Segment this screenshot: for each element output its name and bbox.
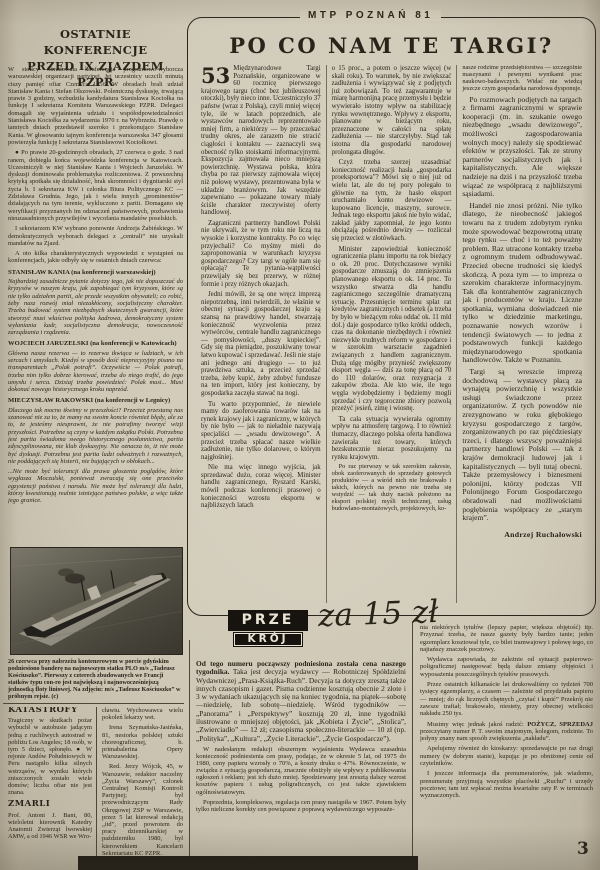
przekroj-logo-line1: PRZE [228,610,308,631]
przekroj-logo-line2: KRÓJ [233,632,303,647]
paragraph: Tragiczny w skutkach pożar wybuchł w aut… [8,717,92,796]
main-article-frame: PO CO NAM TE TARGI? 53Międzynarodowe Tar… [187,17,596,616]
left-article-body: W stolicy obradowała konferencja program… [8,66,183,545]
paragraph: W nadesłanym redakcji obszernym wyjaśnie… [196,746,406,796]
speech-quote: Główna nasza rezerwa — to rezerwa tkwiąc… [8,350,183,394]
ship-photo [10,547,183,655]
speech-quote: Najbardziej zasadnicze pytanie dotyczy t… [8,278,183,336]
przekroj-logo: PRZE KRÓJ [228,610,308,647]
przekroj-notice-right-column: nia niektórych tytułów (lepszy papier, w… [420,624,593,860]
paragraph: Musimy więc jednak jakoś radzić: POŻYCZ,… [420,721,593,743]
divider [3,703,184,704]
przekroj-notice-column: Od tego numeru począwszy podniesiona zos… [196,660,406,862]
paragraph: cławiu. Wychowawca wielu pokoleń lekarzy… [102,707,183,721]
article-column-3: nasze rodzime przedsiębiorstwa — szczegó… [456,65,587,603]
paragraph: Jedni mówili, że są one wręcz imprezą ni… [201,291,321,397]
speech-quote: ...Nie może być tolerancji dla prawa gło… [8,468,183,504]
photo-caption: 26 czerwca przy nabrzeżu kontenerowym w … [8,658,183,702]
speaker-name: WOJCIECH JARUZELSKI (na konferencji w Ka… [8,340,183,347]
main-article-title: PO CO NAM TE TARGI? [188,33,595,58]
main-article-columns: 53Międzynarodowe Targi Poznańskie, organ… [188,58,595,603]
paragraph: Poprzednia, kompleksowa, regulacja cen p… [196,799,406,813]
paragraph: Zagraniczni partnerzy handlowi Polski ni… [201,220,321,288]
paragraph: Handel nie znosi próżni. Nie tylko dlate… [462,202,582,365]
paragraph: Nie ma więc innego wyjścia, jak sprzedaw… [201,464,321,510]
paragraph: Prof. Antoni J. Bant, 80, wieloletni kie… [8,812,92,841]
paragraph: Ta cała sytuacja wywierała ogromny wpływ… [332,416,452,462]
paragraph: Po rozmowach podjętych na targach z firm… [462,96,582,199]
paragraph: I jeszcze informacja dla prenumeratorów,… [420,770,593,799]
paragraph: 53Międzynarodowe Targi Poznańskie, organ… [201,65,321,217]
paragraph: Targi są wreszcie imprezą dochodową — wy… [462,368,582,523]
paragraph: Przez ostatnich kilkanaście lat drukowal… [420,681,593,717]
speaker-name: STANISŁAW KANIA (na konferencji warszaws… [8,269,183,276]
katastrofy-zmarli-column: KATASTROFY Tragiczny w skutkach pożar wy… [8,707,92,860]
bottom-photo-strip [78,856,418,870]
paragraph: Czyż trzeba szerzej uzasadniać konieczno… [332,159,452,243]
paragraph: Po raz pierwszy w tak szerokim zakresie,… [332,464,452,512]
section-title: ZMARLI [8,801,92,808]
paragraph: Apelujemy również do kioskarzy: sprzedaw… [420,745,593,767]
zmarli-continued-column: cławiu. Wychowawca wielu pokoleń lekarzy… [102,707,183,860]
smoke [58,568,74,576]
article-column-2: o 15 proc., a potem o jeszcze więcej (w … [326,65,457,603]
paragraph: W stolicy obradowała konferencja program… [8,66,183,146]
section-title: KATASTROFY [8,707,92,714]
paragraph: Wydawca zapowiada, że zależnie od sytuac… [420,656,593,678]
paragraph: Minister zapowiedział konieczność ograni… [332,246,452,413]
drop-cap: 53 [201,66,230,85]
paragraph: nia niektórych tytułów (lepszy papier, w… [420,624,593,653]
emphasis-text: POŻYCZ, SPRZEDAJ [527,721,593,728]
column-rule [96,707,97,859]
paragraph: Red. Jerzy Wójcik, 45, w Warszawie, reda… [102,763,183,857]
speaker-name: MIECZYSŁAW RAKOWSKI (na konferencji w Le… [8,397,183,404]
paragraph-text: Taka jest decyzja wydawcy — Robotniczej … [196,667,406,742]
newspaper-page: OSTATNIE KONFERENCJE PRZED IX ZJAZDEM PZ… [0,0,600,870]
column-rule [189,640,190,862]
paragraph-text: przeczytany numer P. T. swoim znajomym, … [420,728,593,742]
page-section-header: MTP POZNAŃ 81 [300,10,441,21]
paragraph: o 15 proc., a potem o jeszcze więcej (w … [332,65,452,156]
paragraph-text: Musimy więc jednak jakoś radzić: [427,721,527,728]
paragraph: Tu warto przypomnieć, że niewiele mamy d… [201,401,321,462]
article-column-1: 53Międzynarodowe Targi Poznańskie, organ… [196,65,326,603]
paragraph-text: Międzynarodowe Targi Poznańskie, organiz… [201,65,321,216]
left-article-title-line1: OSTATNIE KONFERENCJE [8,26,183,58]
paragraph: Od tego numeru począwszy podniesiona zos… [196,660,406,743]
paragraph: Irena Szymańska-Jasińska, 81, nestorka p… [102,724,183,760]
paragraph: A oto kilka charakterystycznych wypowied… [8,250,183,265]
author-signature: Andrzej Ruchałowski [462,531,582,540]
paragraph: ● Po prawie 20-godzinnych obradach, 27 c… [8,149,183,222]
page-number: 3 [577,839,589,859]
paragraph: I sekretarzem KW wybrano ponownie Andrze… [8,225,183,247]
paragraph: nasze rodzime przedsiębiorstwa — szczegó… [462,65,582,93]
ship-photo-illustration [11,548,182,654]
column-rule [412,622,413,862]
speech-quote: Dlaczego tak mocno tkwimy w przeszłości?… [8,407,183,465]
